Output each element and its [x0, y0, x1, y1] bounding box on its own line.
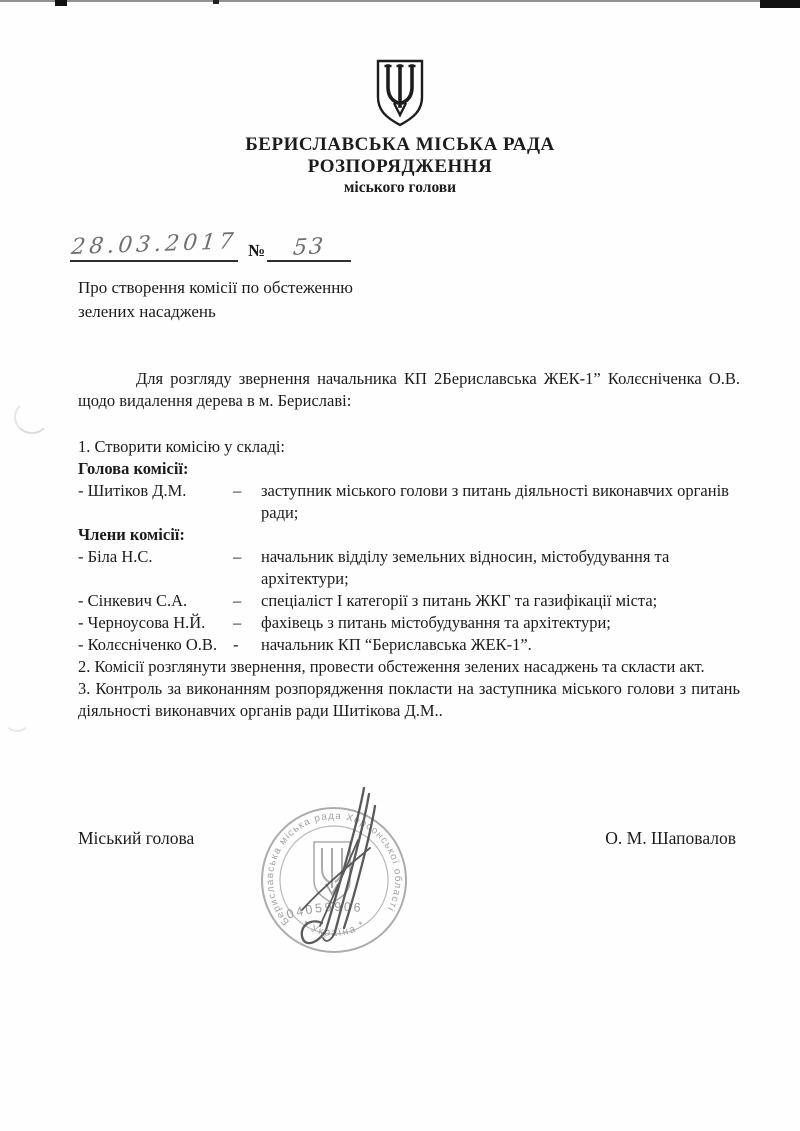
- list-item-1: 1. Створити комісію у складі:: [78, 436, 740, 458]
- dash-separator: –: [233, 480, 261, 524]
- dash-separator: –: [233, 612, 261, 634]
- number-underline: 53: [267, 235, 351, 262]
- scan-artifact-mark: [760, 0, 800, 8]
- date-number-row: 28.03.2017 № 53: [70, 222, 351, 262]
- member-name: - Черноусова Н.Й.: [78, 612, 233, 634]
- signer-title: Міський голова: [78, 828, 194, 849]
- handwritten-number: 53: [292, 234, 326, 261]
- member-role: спеціаліст І категорії з питань ЖКГ та г…: [261, 590, 740, 612]
- member-role: фахівець з питань містобудування та архі…: [261, 612, 740, 634]
- doc-type-title: РОЗПОРЯДЖЕННЯ: [0, 156, 800, 178]
- scanned-decree-document: БЕРИСЛАВСЬКА МІСЬКА РАДА РОЗПОРЯДЖЕННЯ м…: [0, 0, 800, 1131]
- commission-members-label: Члени комісії:: [78, 524, 740, 546]
- commission-head-label: Голова комісії:: [78, 458, 740, 480]
- commission-member-row: - Колєсніченко О.В. - начальник КП “Бери…: [78, 634, 740, 656]
- official-stamp: Бериславська міська рада Херсонської обл…: [236, 778, 432, 982]
- dash-separator: –: [233, 590, 261, 612]
- scan-artifact-mark: [55, 0, 67, 6]
- scan-artifact-curl: [14, 400, 50, 434]
- member-role: начальник відділу земельних відносин, мі…: [261, 546, 740, 590]
- member-name: - Шитіков Д.М.: [78, 480, 233, 524]
- member-name: - Біла Н.С.: [78, 546, 233, 590]
- subject-block: Про створення комісії по обстеженню зеле…: [78, 276, 353, 324]
- commission-head-row: - Шитіков Д.М. – заступник міського голо…: [78, 480, 740, 524]
- list-item-3: 3. Контроль за виконанням розпорядження …: [78, 678, 740, 722]
- number-sign: №: [248, 241, 265, 261]
- member-role: начальник КП “Бериславська ЖЕК-1”.: [261, 634, 740, 656]
- intro-paragraph: Для розгляду звернення начальника КП 2Бе…: [78, 368, 740, 412]
- commission-member-row: - Біла Н.С. – начальник відділу земельни…: [78, 546, 740, 590]
- commission-member-row: - Черноусова Н.Й. – фахівець з питань мі…: [78, 612, 740, 634]
- round-seal-icon: Бериславська міська рада Херсонської обл…: [236, 778, 432, 982]
- subject-line-2: зелених насаджень: [78, 300, 353, 324]
- dash-separator: -: [233, 634, 261, 656]
- scan-artifact-curl: [4, 708, 30, 732]
- member-name: - Сінкевич С.А.: [78, 590, 233, 612]
- document-header: БЕРИСЛАВСЬКА МІСЬКА РАДА РОЗПОРЯДЖЕННЯ м…: [0, 58, 800, 198]
- handwritten-date: 28.03.2017: [70, 229, 239, 260]
- member-name: - Колєсніченко О.В.: [78, 634, 233, 656]
- subject-line-1: Про створення комісії по обстеженню: [78, 276, 353, 300]
- date-underline: 28.03.2017: [70, 235, 238, 262]
- list-item-2: 2. Комісії розглянути звернення, провест…: [78, 656, 740, 678]
- doc-author-line: міського голови: [0, 178, 800, 198]
- member-role: заступник міського голови з питань діяль…: [261, 480, 740, 524]
- signer-name: О. М. Шаповалов: [605, 828, 736, 849]
- dash-separator: –: [233, 546, 261, 590]
- commission-member-row: - Сінкевич С.А. – спеціаліст І категорії…: [78, 590, 740, 612]
- ukraine-trident-emblem-icon: [374, 58, 426, 128]
- scan-artifact-mark: [213, 0, 219, 4]
- document-body: Для розгляду звернення начальника КП 2Бе…: [78, 368, 740, 722]
- scan-edge-line: [0, 0, 800, 2]
- org-name: БЕРИСЛАВСЬКА МІСЬКА РАДА: [0, 134, 800, 156]
